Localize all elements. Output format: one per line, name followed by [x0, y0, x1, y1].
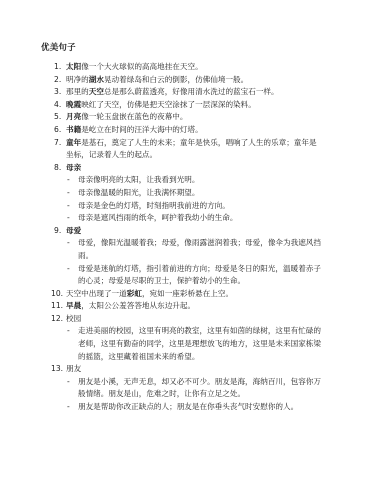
dash-bullet: -	[67, 263, 70, 276]
item-text: ，宛如一座彩桥悬在上空。	[142, 289, 233, 298]
sub-item-text: 母爱是迷航的灯塔，指引着前进的方向；母爱是冬日的阳光，温暖着赤子的心灵；母爱是尽…	[78, 264, 321, 286]
sub-item-text: 母爱，像阳光温暖着我；母爱，像雨露滋润着我；母爱，像伞为我遮风挡雨。	[78, 238, 321, 260]
item-text: 像一轮玉盘嵌在蓝色的夜幕中。	[81, 112, 187, 121]
sub-item-text: 母亲像温暖的阳光，让我满怀期望。	[78, 188, 200, 197]
item-number: 4.	[54, 99, 61, 112]
item-text: 映红了天空，仿佛是把天空涂抹了一层深深的染料。	[81, 100, 256, 109]
keyword: 太阳	[66, 62, 81, 71]
item-text: 像一个大火球似的高高地挂在天空。	[81, 62, 203, 71]
list-item: 1.太阳像一个大火球似的高高地挂在天空。	[0, 61, 371, 74]
document-page: 优美句子 1.太阳像一个大火球似的高高地挂在天空。 2.明净的湖水晃动着绿岛和白…	[0, 0, 371, 480]
item-number: 2.	[54, 74, 61, 87]
item-number: 7.	[54, 137, 61, 150]
sub-item: -母亲像明亮的太阳，让我看到光明。	[0, 174, 371, 187]
keyword: 天空	[89, 87, 104, 96]
item-number: 8.	[54, 162, 61, 175]
item-text: 明净的	[66, 75, 89, 84]
list-item-campus: 12.校园	[0, 313, 371, 326]
section-heading: 朋友	[66, 364, 81, 373]
sub-item: -母亲是金色的灯塔，时刻指明我前进的方向。	[0, 200, 371, 213]
dash-bullet: -	[67, 376, 70, 389]
item-number: 11.	[51, 300, 63, 313]
keyword: 月亮	[66, 112, 81, 121]
dash-bullet: -	[67, 174, 70, 187]
sub-item: -走进美丽的校园，这里有明亮的教室，这里有如茵的绿树，这里有忙碌的老师，这里有勤…	[0, 325, 371, 363]
item-text: 那里的	[66, 87, 89, 96]
keyword: 早晨	[66, 301, 81, 310]
list-item: 6.书籍是屹立在时间的汪洋大海中的灯塔。	[0, 124, 371, 137]
item-text: 是屹立在时间的汪洋大海中的灯塔。	[81, 125, 203, 134]
keyword: 童年	[66, 138, 81, 147]
dash-bullet: -	[67, 325, 70, 338]
sub-item: -母亲是遮风挡雨的纸伞，呵护着我幼小的生命。	[0, 212, 371, 225]
list-item: 3.那里的天空总是那么蔚蓝透亮，好像用清水洗过的蓝宝石一样。	[0, 86, 371, 99]
item-number: 1.	[54, 61, 61, 74]
sub-item-text: 朋友是小溪，无声无息，却又必不可少。朋友是海，海纳百川，包容你万般情绪。朋友是山…	[78, 377, 321, 399]
section-heading: 母亲	[66, 163, 81, 172]
item-number: 3.	[54, 86, 61, 99]
list-item-friend: 13.朋友	[0, 363, 371, 376]
sub-item: -朋友是小溪，无声无息，却又必不可少。朋友是海，海纳百川，包容你万般情绪。朋友是…	[0, 376, 371, 401]
item-number: 12.	[51, 313, 63, 326]
item-number: 9.	[54, 225, 61, 238]
dash-bullet: -	[67, 187, 70, 200]
sentence-list: 1.太阳像一个大火球似的高高地挂在天空。 2.明净的湖水晃动着绿岛和白云的倒影，…	[0, 61, 371, 414]
dash-bullet: -	[67, 212, 70, 225]
list-item-motherlove: 9.母爱	[0, 225, 371, 238]
item-text: 总是那么蔚蓝透亮，好像用清水洗过的蓝宝石一样。	[104, 87, 279, 96]
item-text: ，太阳公公羞答答地从东边升起。	[81, 301, 195, 310]
list-item-mother: 8.母亲	[0, 162, 371, 175]
sub-item: -母爱是迷航的灯塔，指引着前进的方向；母爱是冬日的阳光，温暖着赤子的心灵；母爱是…	[0, 263, 371, 288]
sub-item-text: 朋友是帮助你改正缺点的人；朋友是在你垂头丧气时安慰你的人。	[78, 402, 298, 411]
list-item: 7.童年是基石，奠定了人生的未来；童年是快乐，唱响了人生的乐章；童年是坐标，记录…	[0, 137, 371, 162]
keyword: 彩虹	[127, 289, 142, 298]
dash-bullet: -	[67, 237, 70, 250]
sub-item: -朋友是帮助你改正缺点的人；朋友是在你垂头丧气时安慰你的人。	[0, 401, 371, 414]
dash-bullet: -	[67, 401, 70, 414]
list-item: 2.明净的湖水晃动着绿岛和白云的倒影，仿佛仙境一般。	[0, 74, 371, 87]
item-number: 5.	[54, 111, 61, 124]
section-heading: 母爱	[66, 226, 81, 235]
keyword: 书籍	[66, 125, 81, 134]
keyword: 晚霞	[66, 100, 81, 109]
list-item: 11.早晨，太阳公公羞答答地从东边升起。	[0, 300, 371, 313]
sub-item-text: 走进美丽的校园，这里有明亮的教室，这里有如茵的绿树，这里有忙碌的老师，这里有勤奋…	[78, 326, 321, 360]
sub-item-text: 母亲像明亮的太阳，让我看到光明。	[78, 175, 200, 184]
list-item: 10.天空中出现了一道彩虹，宛如一座彩桥悬在上空。	[0, 288, 371, 301]
item-text: 是基石，奠定了人生的未来；童年是快乐，唱响了人生的乐章；童年是坐标，记录着人生的…	[66, 138, 317, 160]
sub-item: -母爱，像阳光温暖着我；母爱，像雨露滋润着我；母爱，像伞为我遮风挡雨。	[0, 237, 371, 262]
item-text: 天空中出现了一道	[66, 289, 127, 298]
document-title: 优美句子	[41, 41, 76, 53]
item-number: 10.	[51, 288, 63, 301]
sub-item-text: 母亲是遮风挡雨的纸伞，呵护着我幼小的生命。	[78, 213, 237, 222]
sub-item: -母亲像温暖的阳光，让我满怀期望。	[0, 187, 371, 200]
keyword: 湖水	[89, 75, 104, 84]
sub-item-text: 母亲是金色的灯塔，时刻指明我前进的方向。	[78, 201, 230, 210]
list-item: 5.月亮像一轮玉盘嵌在蓝色的夜幕中。	[0, 111, 371, 124]
item-number: 6.	[54, 124, 61, 137]
dash-bullet: -	[67, 200, 70, 213]
item-number: 13.	[51, 363, 63, 376]
section-heading: 校园	[66, 314, 81, 323]
item-text: 晃动着绿岛和白云的倒影，仿佛仙境一般。	[104, 75, 248, 84]
list-item: 4.晚霞映红了天空，仿佛是把天空涂抹了一层深深的染料。	[0, 99, 371, 112]
